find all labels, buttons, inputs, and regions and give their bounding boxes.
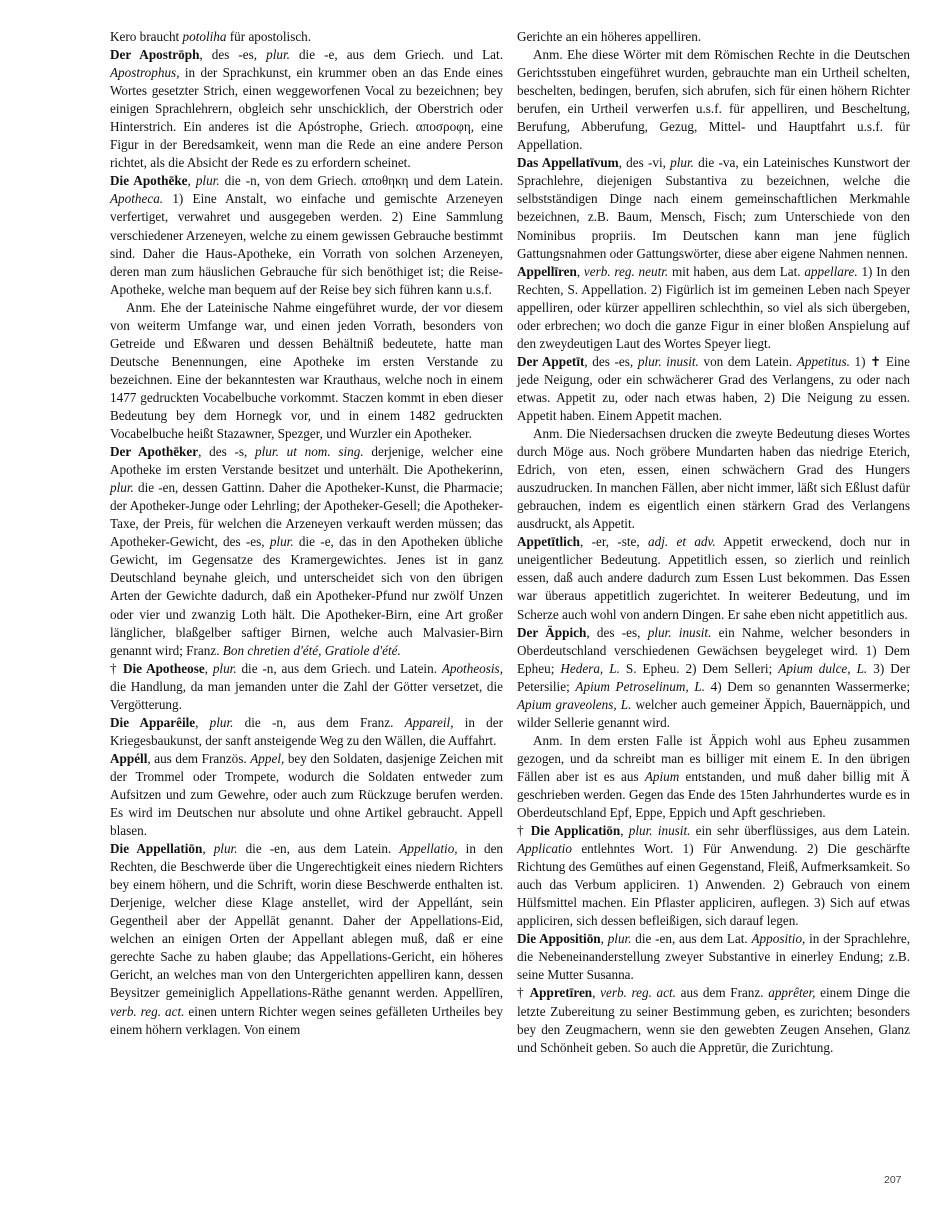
italic-text: verb. reg. act. bbox=[600, 985, 676, 1000]
body-text: , bbox=[577, 264, 584, 279]
italic-text: plur. bbox=[214, 841, 238, 856]
headword: Appéll bbox=[110, 751, 147, 766]
body-text: S. Epheu. 2) Dem Selleri; bbox=[620, 661, 778, 676]
italic-text: Apium bbox=[645, 769, 679, 784]
body-text: Gerichte an ein höheres appelliren. bbox=[517, 29, 701, 44]
italic-text: appellare. bbox=[804, 264, 857, 279]
body-text: in der Sprachkunst, ein krummer oben an … bbox=[110, 65, 503, 170]
headword: Das Appellatīvum bbox=[517, 155, 619, 170]
dictionary-entry: Appetītlich, -er, -ste, adj. et adv. App… bbox=[517, 533, 910, 623]
body-text: ein sehr überflüssiges, aus dem Latein. bbox=[690, 823, 910, 838]
body-text: 1) Eine Anstalt, wo einfache und gemisch… bbox=[110, 191, 503, 296]
annotation-paragraph: Anm. Die Niedersachsen drucken die zweyt… bbox=[517, 425, 910, 533]
body-text: aus dem Franz. bbox=[676, 985, 768, 1000]
italic-text: potoliha bbox=[183, 29, 227, 44]
body-text: Anm. Ehe der Lateinische Nahme eingeführ… bbox=[110, 300, 503, 441]
body-text: in den Rechten, die Beschwerde über die … bbox=[110, 841, 503, 1000]
annotation-paragraph: Anm. Ehe diese Wörter mit dem Römischen … bbox=[517, 46, 910, 154]
italic-text: plur. bbox=[210, 715, 234, 730]
dictionary-entry: † Die Apotheose, plur. die -n, aus dem G… bbox=[110, 660, 503, 714]
italic-text: Appetitus. bbox=[797, 354, 850, 369]
body-text: † bbox=[110, 661, 123, 676]
annotation-paragraph: Anm. In dem ersten Falle ist Äppich wohl… bbox=[517, 732, 910, 822]
headword: Die Applicatiōn bbox=[531, 823, 621, 838]
italic-text: plur. inusit. bbox=[638, 354, 699, 369]
dictionary-entry: Die Apparêile, plur. die -n, aus dem Fra… bbox=[110, 714, 503, 750]
italic-text: Appareil, bbox=[405, 715, 454, 730]
body-text: mit haben, aus dem Lat. bbox=[668, 264, 804, 279]
dictionary-entry: Appellīren, verb. reg. neutr. mit haben,… bbox=[517, 263, 910, 353]
italic-text: plur. bbox=[196, 173, 220, 188]
dictionary-entry: Die Appositiōn, plur. die -en, aus dem L… bbox=[517, 930, 910, 984]
headword: Die Appositiōn bbox=[517, 931, 601, 946]
dictionary-entry: Kero braucht potoliha für apostolisch. bbox=[110, 28, 503, 46]
headword: Die Apothēke bbox=[110, 173, 188, 188]
headword: Die Apotheose bbox=[123, 661, 205, 676]
body-text: † bbox=[517, 823, 531, 838]
body-text: von dem Latein. bbox=[699, 354, 797, 369]
body-text: † bbox=[517, 985, 530, 1000]
body-text: die -e, aus dem Griech. und Lat. bbox=[290, 47, 503, 62]
italic-text: Apium Petroselinum, L. bbox=[575, 679, 705, 694]
headword: Der Appetīt bbox=[517, 354, 584, 369]
body-text: für apostolisch. bbox=[226, 29, 311, 44]
italic-text: Appositio, bbox=[751, 931, 805, 946]
dictionary-entry: Das Appellatīvum, des -vi, plur. die -va… bbox=[517, 154, 910, 262]
italic-text: adj. et adv. bbox=[648, 534, 716, 549]
dictionary-entry: Gerichte an ein höheres appelliren. bbox=[517, 28, 910, 46]
italic-text: plur. inusit. bbox=[648, 625, 712, 640]
headword: Die Apparêile bbox=[110, 715, 195, 730]
body-text: , des -es, bbox=[584, 354, 637, 369]
italic-text: plur. bbox=[213, 661, 237, 676]
headword: Appretīren bbox=[530, 985, 593, 1000]
italic-text: Applicatio bbox=[517, 841, 572, 856]
italic-text: plur. bbox=[670, 155, 694, 170]
headword: Appellīren bbox=[517, 264, 577, 279]
italic-text: Appel, bbox=[250, 751, 284, 766]
body-text: die -en, aus dem Latein. bbox=[238, 841, 400, 856]
headword: Der Äppich bbox=[517, 625, 586, 640]
headword: Der Apothēker bbox=[110, 444, 198, 459]
body-text: die -e, das in den Apotheken übliche Gew… bbox=[110, 534, 503, 657]
right-column: Gerichte an ein höheres appelliren.Anm. … bbox=[517, 28, 910, 1057]
dictionary-entry: Appéll, aus dem Französ. Appel, bey den … bbox=[110, 750, 503, 840]
italic-text: plur. bbox=[608, 931, 632, 946]
italic-text: Apostrophus, bbox=[110, 65, 180, 80]
italic-text: plur. ut nom. sing. bbox=[255, 444, 364, 459]
dictionary-page: Kero braucht potoliha für apostolisch.De… bbox=[0, 0, 935, 1210]
italic-text: Apotheca. bbox=[110, 191, 163, 206]
body-text: , bbox=[592, 985, 600, 1000]
annotation-paragraph: Anm. Ehe der Lateinische Nahme eingeführ… bbox=[110, 299, 503, 443]
dictionary-entry: † Die Applicatiōn, plur. inusit. ein seh… bbox=[517, 822, 910, 930]
body-text: entlehntes Wort. 1) Für Anwendung. 2) Di… bbox=[517, 841, 910, 928]
dictionary-entry: † Appretīren, verb. reg. act. aus dem Fr… bbox=[517, 984, 910, 1056]
headword: Der Apostrōph bbox=[110, 47, 199, 62]
body-text: , des -s, bbox=[198, 444, 255, 459]
italic-text: plur. inusit. bbox=[629, 823, 691, 838]
italic-text: Apium dulce, L. bbox=[778, 661, 867, 676]
italic-text: Bon chretien d'été, Gratiole d'été. bbox=[223, 643, 401, 658]
body-text: , -er, -ste, bbox=[580, 534, 648, 549]
body-text: , aus dem Französ. bbox=[147, 751, 250, 766]
headword: Appetītlich bbox=[517, 534, 580, 549]
italic-text: verb. reg. act. bbox=[110, 1004, 184, 1019]
body-text: , bbox=[195, 715, 209, 730]
italic-text: Apium graveolens, L. bbox=[517, 697, 631, 712]
body-text: , des -es, bbox=[199, 47, 266, 62]
body-text: Anm. Die Niedersachsen drucken die zweyt… bbox=[517, 426, 910, 531]
body-text: , bbox=[601, 931, 608, 946]
body-text: , bbox=[202, 841, 213, 856]
dictionary-entry: Die Appellatiōn, plur. die -en, aus dem … bbox=[110, 840, 503, 1039]
italic-text: verb. reg. neutr. bbox=[584, 264, 668, 279]
italic-text: plur. bbox=[270, 534, 294, 549]
italic-text: apprêter, bbox=[768, 985, 815, 1000]
body-text: 4) Dem so genannten Wassermerke; bbox=[705, 679, 910, 694]
dictionary-entry: Der Appetīt, des -es, plur. inusit. von … bbox=[517, 353, 910, 425]
body-text: , bbox=[620, 823, 629, 838]
headword: Die Appellatiōn bbox=[110, 841, 202, 856]
italic-text: Apotheosis, bbox=[442, 661, 503, 676]
body-text: die -va, ein Lateinisches Kunstwort der … bbox=[517, 155, 910, 260]
page-number: 207 bbox=[884, 1174, 902, 1186]
italic-text: plur. bbox=[266, 47, 290, 62]
dictionary-entry: Der Apostrōph, des -es, plur. die -e, au… bbox=[110, 46, 503, 172]
body-text: , des -vi, bbox=[619, 155, 670, 170]
italic-text: Hedera, L. bbox=[560, 661, 620, 676]
body-text: Kero braucht bbox=[110, 29, 183, 44]
body-text: die Handlung, da man jemanden unter die … bbox=[110, 679, 503, 712]
left-column: Kero braucht potoliha für apostolisch.De… bbox=[110, 28, 503, 1039]
italic-text: plur. bbox=[110, 480, 134, 495]
italic-text: Appellatio, bbox=[399, 841, 457, 856]
body-text: die -n, von dem Griech. αποθηκη und dem … bbox=[220, 173, 503, 188]
body-text: die -en, aus dem Lat. bbox=[632, 931, 752, 946]
body-text: , bbox=[205, 661, 213, 676]
body-text: die -n, aus dem Griech. und Latein. bbox=[237, 661, 442, 676]
dictionary-entry: Der Äppich, des -es, plur. inusit. ein N… bbox=[517, 624, 910, 732]
body-text: , bbox=[188, 173, 196, 188]
body-text: , des -es, bbox=[586, 625, 647, 640]
dictionary-entry: Der Apothēker, des -s, plur. ut nom. sin… bbox=[110, 443, 503, 660]
dictionary-entry: Die Apothēke, plur. die -n, von dem Grie… bbox=[110, 172, 503, 298]
body-text: die -n, aus dem Franz. bbox=[233, 715, 404, 730]
body-text: Anm. Ehe diese Wörter mit dem Römischen … bbox=[517, 47, 910, 152]
